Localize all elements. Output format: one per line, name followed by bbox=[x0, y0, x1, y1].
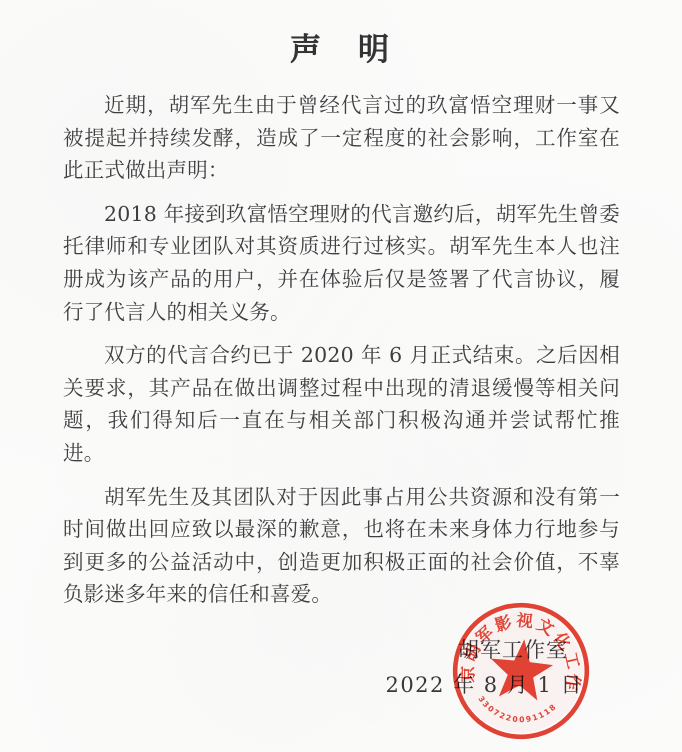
statement-paragraph: 2018 年接到玖富悟空理财的代言邀约后，胡军先生曾委托律师和专业团队对其资质进… bbox=[63, 198, 620, 328]
statement-paragraph: 近期，胡军先生由于曾经代言过的玖富悟空理财一事又被提起并持续发酵，造成了一定程度… bbox=[63, 89, 620, 187]
statement-body: 近期，胡军先生由于曾经代言过的玖富悟空理财一事又被提起并持续发酵，造成了一定程度… bbox=[63, 89, 620, 622]
statement-paragraph: 双方的代言合约已于 2020 年 6 月正式结束。之后因相关要求，其产品在做出调… bbox=[63, 339, 620, 469]
statement-title: 声 明 bbox=[0, 0, 682, 69]
statement-document-page: 声 明 近期，胡军先生由于曾经代言过的玖富悟空理财一事又被提起并持续发酵，造成了… bbox=[0, 0, 682, 752]
official-seal: 北京胡军影视文化工作室 3307220091118 bbox=[442, 592, 600, 750]
statement-paragraph: 胡军先生及其团队对于因此事占用公共资源和没有第一时间做出回应致以最深的歉意，也将… bbox=[63, 481, 620, 611]
